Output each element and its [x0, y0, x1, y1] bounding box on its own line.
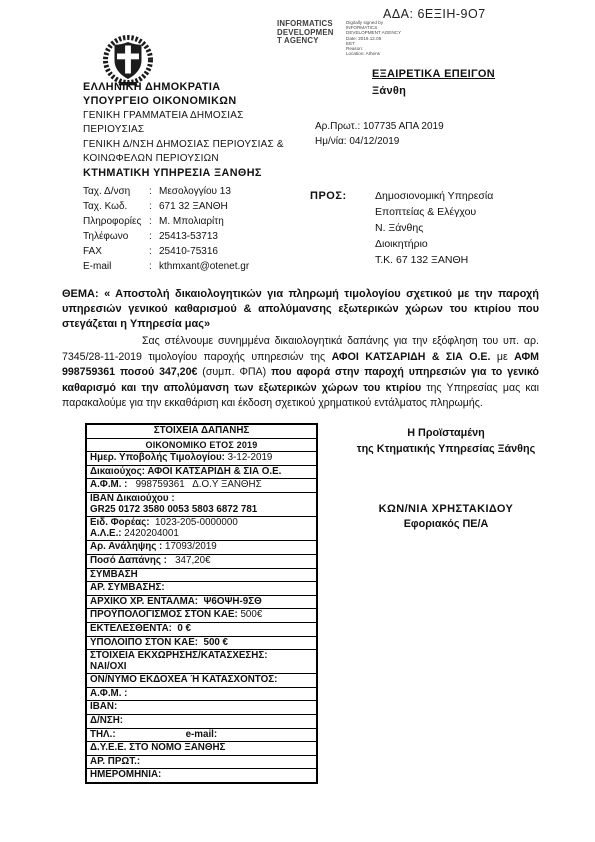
table-row-line: ΕΚΤΕΛΕΣΘΕΝΤΑ: 0 €	[90, 624, 313, 635]
digital-signature-stamp: INFORMATICSDEVELOPMENT AGENCY Digitally …	[277, 20, 416, 56]
table-row: ΣΤΟΙΧΕΙΑ ΕΚΧΩΡΗΣΗΣ/ΚΑΤΑΣΧΕΣΗΣ:ΝΑΙ/ΟΧΙ	[87, 650, 316, 674]
ada-code: ΑΔΑ: 6ΕΞΙΗ-9Ο7	[383, 7, 486, 21]
text-segment: Δικαιούχος: ΑΦΟΙ ΚΑΤΣΑΡΙΔΗ & ΣΙΑ Ο.Ε.	[90, 466, 281, 477]
text-segment: Δ/ΝΣΗ:	[90, 715, 123, 726]
contact-row: Ταχ. Κωδ.:671 32 ΞΑΝΘΗ	[83, 200, 323, 215]
table-row: ΠΡΟΫΠΟΛΟΓΙΣΜΟΣ ΣΤΟΝ ΚΑΕ: 500€	[87, 609, 316, 623]
text-segment: 998759361 Δ.Ο.Υ ΞΑΝΘΗΣ	[130, 479, 262, 490]
protocol-number: Αρ.Πρωτ.: 107735 ΑΠΑ 2019	[315, 120, 444, 135]
table-row: Ειδ. Φορέας: 1023-205-0000000Α.Λ.Ε.: 242…	[87, 517, 316, 541]
table-row-line: Α.Φ.Μ. : 998759361 Δ.Ο.Υ ΞΑΝΘΗΣ	[90, 480, 313, 491]
contact-colon: :	[149, 215, 159, 230]
signature-role-line1: Η Προϊσταμένη	[340, 425, 552, 441]
text-segment: ΟΝ/ΝΥΜΟ ΕΚΔΟΧΕΑ Ή ΚΑΤΑΣΧΟΝΤΟΣ:	[90, 674, 277, 685]
contact-value: kthmxant@otenet.gr	[159, 260, 249, 275]
letterhead-line: ΓΕΝΙΚΗ Δ/ΝΣΗ ΔΗΜΟΣΙΑΣ ΠΕΡΙΟΥΣΙΑΣ &	[83, 138, 315, 152]
table-row-line: ΣΥΜΒΑΣΗ	[90, 570, 313, 581]
recipient-line: Εποπτείας & Ελέγχου	[375, 204, 493, 220]
document-page: { "page": { "ada": "ΑΔΑ: 6ΕΞΙΗ-9Ο7" }, "…	[0, 0, 595, 842]
text-segment: Α.Λ.Ε.:	[90, 528, 124, 539]
text-segment: 1023-205-0000000	[152, 517, 238, 528]
subject-paragraph: ΘΕΜΑ: « Αποστολή δικαιολογητικών για πλη…	[62, 287, 539, 333]
recipient-address: Δημοσιονομική ΥπηρεσίαΕποπτείας & Ελέγχο…	[375, 188, 493, 268]
stamp-detail-line: Location: Athens	[346, 51, 416, 56]
contact-row: Ταχ. Δ/νση:Μεσολογγίου 13	[83, 185, 323, 200]
recipient-line: Διοικητήριο	[375, 236, 493, 252]
text-segment: Δ.Υ.Ε.Ε. ΣΤΟ ΝΟΜΟ ΞΑΝΘΗΣ	[90, 742, 225, 753]
text-segment: ΙΒΑΝ:	[90, 701, 117, 712]
table-row-line: Δικαιούχος: ΑΦΟΙ ΚΑΤΣΑΡΙΔΗ & ΣΙΑ Ο.Ε.	[90, 467, 313, 478]
text-segment: ΣΤΟΙΧΕΙΑ ΔΑΠΑΝΗΣ	[154, 425, 250, 436]
text-segment: ΑΡΧΙΚΟ ΧΡ. ΕΝΤΑΛΜΑ: Ψ6ΟΨΗ-9ΣΘ	[90, 596, 262, 607]
text-segment: GR25 0172 3580 0053 5803 6872 781	[90, 504, 257, 515]
text-segment: Αρ. Ανάληψης :	[90, 541, 165, 552]
table-row-line: ΤΗΛ.:e-mail:	[90, 730, 313, 741]
text-segment: ΕΚΤΕΛΕΣΘΕΝΤΑ: 0 €	[90, 623, 191, 634]
letterhead-line: ΠΕΡΙΟΥΣΙΑΣ	[83, 123, 315, 137]
contact-value: 671 32 ΞΑΝΘΗ	[159, 200, 228, 215]
table-row-line: Α.Φ.Μ. :	[90, 689, 313, 700]
table-row: ΟΙΚΟΝΟΜΙΚΟ ΕΤΟΣ 2019	[87, 439, 316, 453]
table-row-line: ΑΡ. ΠΡΩΤ.:	[90, 757, 313, 768]
table-row-line: Α.Λ.Ε.: 2420204001	[90, 529, 313, 540]
table-row-line: ΠΡΟΫΠΟΛΟΓΙΣΜΟΣ ΣΤΟΝ ΚΑΕ: 500€	[90, 610, 313, 621]
contact-label: Ταχ. Δ/νση	[83, 185, 149, 200]
expense-table: ΣΤΟΙΧΕΙΑ ΔΑΠΑΝΗΣΟΙΚΟΝΟΜΙΚΟ ΕΤΟΣ 2019Ημερ…	[85, 423, 318, 784]
table-row: Α.Φ.Μ. :	[87, 688, 316, 702]
text-segment: Α.Φ.Μ. :	[90, 688, 127, 699]
contact-colon: :	[149, 260, 159, 275]
text-segment: ΟΙΚΟΝΟΜΙΚΟ ΕΤΟΣ 2019	[146, 440, 258, 450]
table-row: ΑΡΧΙΚΟ ΧΡ. ΕΝΤΑΛΜΑ: Ψ6ΟΨΗ-9ΣΘ	[87, 596, 316, 610]
text-segment: ΤΗΛ.:	[90, 729, 116, 740]
table-row-line: ΑΡ. ΣΥΜΒΑΣΗΣ:	[90, 583, 313, 594]
table-row: ΙΒΑΝ Δικαιούχου :GR25 0172 3580 0053 580…	[87, 493, 316, 517]
recipient-line: Ν. Ξάνθης	[375, 220, 493, 236]
table-row: ΗΜΕΡΟΜΗΝΙΑ:	[87, 769, 316, 782]
signature-block: Η Προϊσταμένη της Κτηματικής Υπηρεσίας Ξ…	[340, 425, 552, 530]
contact-block: Ταχ. Δ/νση:Μεσολογγίου 13Ταχ. Κωδ.:671 3…	[83, 185, 323, 274]
contact-colon: :	[149, 200, 159, 215]
text-segment: 347,20€	[170, 555, 211, 566]
letterhead-line: ΚΤΗΜΑΤΙΚΗ ΥΠΗΡΕΣΙΑ ΞΑΝΘΗΣ	[83, 166, 315, 180]
table-row-line: ΝΑΙ/ΟΧΙ	[90, 662, 313, 673]
contact-label: FAX	[83, 245, 149, 260]
urgency-block: ΕΞΑΙΡΕΤΙΚΑ ΕΠΕΙΓΟΝ Ξάνθη	[372, 68, 495, 97]
letterhead-line: ΚΟΙΝΩΦΕΛΩΝ ΠΕΡΙΟΥΣΙΩΝ	[83, 152, 315, 166]
recipient-line: Δημοσιονομική Υπηρεσία	[375, 188, 493, 204]
issuing-city: Ξάνθη	[372, 85, 495, 97]
text-segment: ΑΡ. ΣΥΜΒΑΣΗΣ:	[90, 582, 165, 593]
contact-label: E-mail	[83, 260, 149, 275]
table-row: ΑΡ. ΠΡΩΤ.:	[87, 756, 316, 770]
table-row: ΟΝ/ΝΥΜΟ ΕΚΔΟΧΕΑ Ή ΚΑΤΑΣΧΟΝΤΟΣ:	[87, 674, 316, 688]
table-row-line: ΟΝ/ΝΥΜΟ ΕΚΔΟΧΕΑ Ή ΚΑΤΑΣΧΟΝΤΟΣ:	[90, 675, 313, 686]
contact-row: E-mail:kthmxant@otenet.gr	[83, 260, 323, 275]
table-row-line: ΥΠΟΛΟΙΠΟ ΣΤΟΝ ΚΑΕ: 500 €	[90, 638, 313, 649]
table-row-line: Δ/ΝΣΗ:	[90, 716, 313, 727]
text-segment: ΗΜΕΡΟΜΗΝΙΑ:	[90, 769, 161, 780]
table-row: Ημερ. Υποβολής Τιμολογίου: 3-12-2019	[87, 452, 316, 466]
contact-label: Ταχ. Κωδ.	[83, 200, 149, 215]
signature-role-line2: της Κτηματικής Υπηρεσίας Ξάνθης	[340, 441, 552, 457]
table-row-line: ΑΡΧΙΚΟ ΧΡ. ΕΝΤΑΛΜΑ: Ψ6ΟΨΗ-9ΣΘ	[90, 597, 313, 608]
stamp-details: Digitally signed byINFORMATICSDEVELOPMEN…	[346, 20, 416, 56]
table-row: ΣΤΟΙΧΕΙΑ ΔΑΠΑΝΗΣ	[87, 425, 316, 439]
text-segment: e-mail:	[186, 729, 218, 740]
table-row: Αρ. Ανάληψης : 17093/2019	[87, 541, 316, 555]
text-segment: Ποσό Δαπάνης :	[90, 555, 170, 566]
text-segment: Ειδ. Φορέας:	[90, 517, 152, 528]
contact-row: Πληροφορίες:Μ. Μπολιαρίτη	[83, 215, 323, 230]
table-row-line: ΟΙΚΟΝΟΜΙΚΟ ΕΤΟΣ 2019	[90, 440, 313, 451]
contact-label: Πληροφορίες	[83, 215, 149, 230]
table-row: ΙΒΑΝ:	[87, 701, 316, 715]
contact-colon: :	[149, 230, 159, 245]
protocol-block: Αρ.Πρωτ.: 107735 ΑΠΑ 2019 Ημ/νία: 04/12/…	[315, 120, 444, 149]
table-row-line: ΗΜΕΡΟΜΗΝΙΑ:	[90, 770, 313, 781]
table-row-line: Δ.Υ.Ε.Ε. ΣΤΟ ΝΟΜΟ ΞΑΝΘΗΣ	[90, 743, 313, 754]
text-segment: ΘΕΜΑ: « Αποστολή δικαιολογητικών για πλη…	[62, 288, 542, 330]
text-segment: με	[490, 351, 514, 363]
protocol-date: Ημ/νία: 04/12/2019	[315, 135, 444, 150]
contact-row: FAX:25410-75316	[83, 245, 323, 260]
text-segment: 3-12-2019	[228, 452, 273, 463]
stamp-agency-name: INFORMATICSDEVELOPMENT AGENCY	[277, 20, 341, 56]
contact-colon: :	[149, 185, 159, 200]
urgency-label: ΕΞΑΙΡΕΤΙΚΑ ΕΠΕΙΓΟΝ	[372, 68, 495, 80]
table-row-line: Ημερ. Υποβολής Τιμολογίου: 3-12-2019	[90, 453, 313, 464]
text-segment: ΑΡ. ΠΡΩΤ.:	[90, 756, 140, 767]
text-segment: Α.Φ.Μ. :	[90, 479, 130, 490]
text-segment: Ημερ. Υποβολής Τιμολογίου:	[90, 452, 228, 463]
text-segment: ΑΦΟΙ ΚΑΤΣΑΡΙΔΗ & ΣΙΑ Ο.Ε.	[332, 351, 491, 363]
table-row: Ποσό Δαπάνης : 347,20€	[87, 555, 316, 569]
table-row: ΑΡ. ΣΥΜΒΑΣΗΣ:	[87, 582, 316, 596]
text-segment: ΝΑΙ/ΟΧΙ	[90, 661, 126, 672]
letterhead: ΕΛΛΗΝΙΚΗ ΔΗΜΟΚΡΑΤΙΑΥΠΟΥΡΓΕΙΟ ΟΙΚΟΝΟΜΙΚΩΝ…	[83, 80, 315, 181]
contact-row: Τηλέφωνο:25413-53713	[83, 230, 323, 245]
recipient-label: ΠΡΟΣ:	[310, 190, 347, 202]
signature-name: ΚΩΝ/ΝΙΑ ΧΡΗΣΤΑΚΙΔΟΥ	[340, 503, 552, 515]
table-row: ΤΗΛ.:e-mail:	[87, 729, 316, 743]
text-segment: ΠΡΟΫΠΟΛΟΓΙΣΜΟΣ ΣΤΟΝ ΚΑΕ:	[90, 609, 240, 620]
table-row: ΕΚΤΕΛΕΣΘΕΝΤΑ: 0 €	[87, 623, 316, 637]
contact-value: 25413-53713	[159, 230, 218, 245]
table-row-line: ΣΤΟΙΧΕΙΑ ΔΑΠΑΝΗΣ	[90, 426, 313, 437]
table-row: ΣΥΜΒΑΣΗ	[87, 569, 316, 583]
table-row: Δικαιούχος: ΑΦΟΙ ΚΑΤΣΑΡΙΔΗ & ΣΙΑ Ο.Ε.	[87, 466, 316, 480]
table-row: Δ.Υ.Ε.Ε. ΣΤΟ ΝΟΜΟ ΞΑΝΘΗΣ	[87, 742, 316, 756]
text-segment: ΙΒΑΝ Δικαιούχου :	[90, 493, 175, 504]
contact-colon: :	[149, 245, 159, 260]
text-segment: 500€	[240, 609, 262, 620]
signature-title: Εφοριακός ΠΕ/Α	[340, 518, 552, 530]
body-paragraph: Σας στέλνουμε συνημμένα δικαιολογητικά δ…	[62, 334, 539, 412]
letterhead-line: ΓΕΝΙΚΗ ΓΡΑΜΜΑΤΕΙΑ ΔΗΜΟΣΙΑΣ	[83, 109, 315, 123]
stamp-agency-line: T AGENCY	[277, 37, 341, 46]
recipient-line: Τ.Κ. 67 132 ΞΑΝΘΗ	[375, 252, 493, 268]
text-segment: ΣΥΜΒΑΣΗ	[90, 569, 138, 580]
table-row-line: ΙΒΑΝ:	[90, 702, 313, 713]
text-segment: 2420204001	[124, 528, 179, 539]
table-row-line: Αρ. Ανάληψης : 17093/2019	[90, 542, 313, 553]
text-segment: ΥΠΟΛΟΙΠΟ ΣΤΟΝ ΚΑΕ: 500 €	[90, 637, 228, 648]
contact-value: 25410-75316	[159, 245, 218, 260]
table-row: ΥΠΟΛΟΙΠΟ ΣΤΟΝ ΚΑΕ: 500 €	[87, 637, 316, 651]
contact-label: Τηλέφωνο	[83, 230, 149, 245]
contact-value: Μεσολογγίου 13	[159, 185, 231, 200]
table-row: Α.Φ.Μ. : 998759361 Δ.Ο.Υ ΞΑΝΘΗΣ	[87, 479, 316, 493]
letterhead-line: ΕΛΛΗΝΙΚΗ ΔΗΜΟΚΡΑΤΙΑ	[83, 80, 315, 94]
letterhead-line: ΥΠΟΥΡΓΕΙΟ ΟΙΚΟΝΟΜΙΚΩΝ	[83, 94, 315, 108]
table-row: Δ/ΝΣΗ:	[87, 715, 316, 729]
text-segment: ΣΤΟΙΧΕΙΑ ΕΚΧΩΡΗΣΗΣ/ΚΑΤΑΣΧΕΣΗΣ:	[90, 650, 268, 661]
text-segment: (συμπ. ΦΠΑ)	[197, 366, 271, 378]
table-row-line: GR25 0172 3580 0053 5803 6872 781	[90, 505, 313, 516]
contact-value: Μ. Μπολιαρίτη	[159, 215, 224, 230]
table-row-line: Ποσό Δαπάνης : 347,20€	[90, 556, 313, 567]
text-segment: 17093/2019	[165, 541, 217, 552]
